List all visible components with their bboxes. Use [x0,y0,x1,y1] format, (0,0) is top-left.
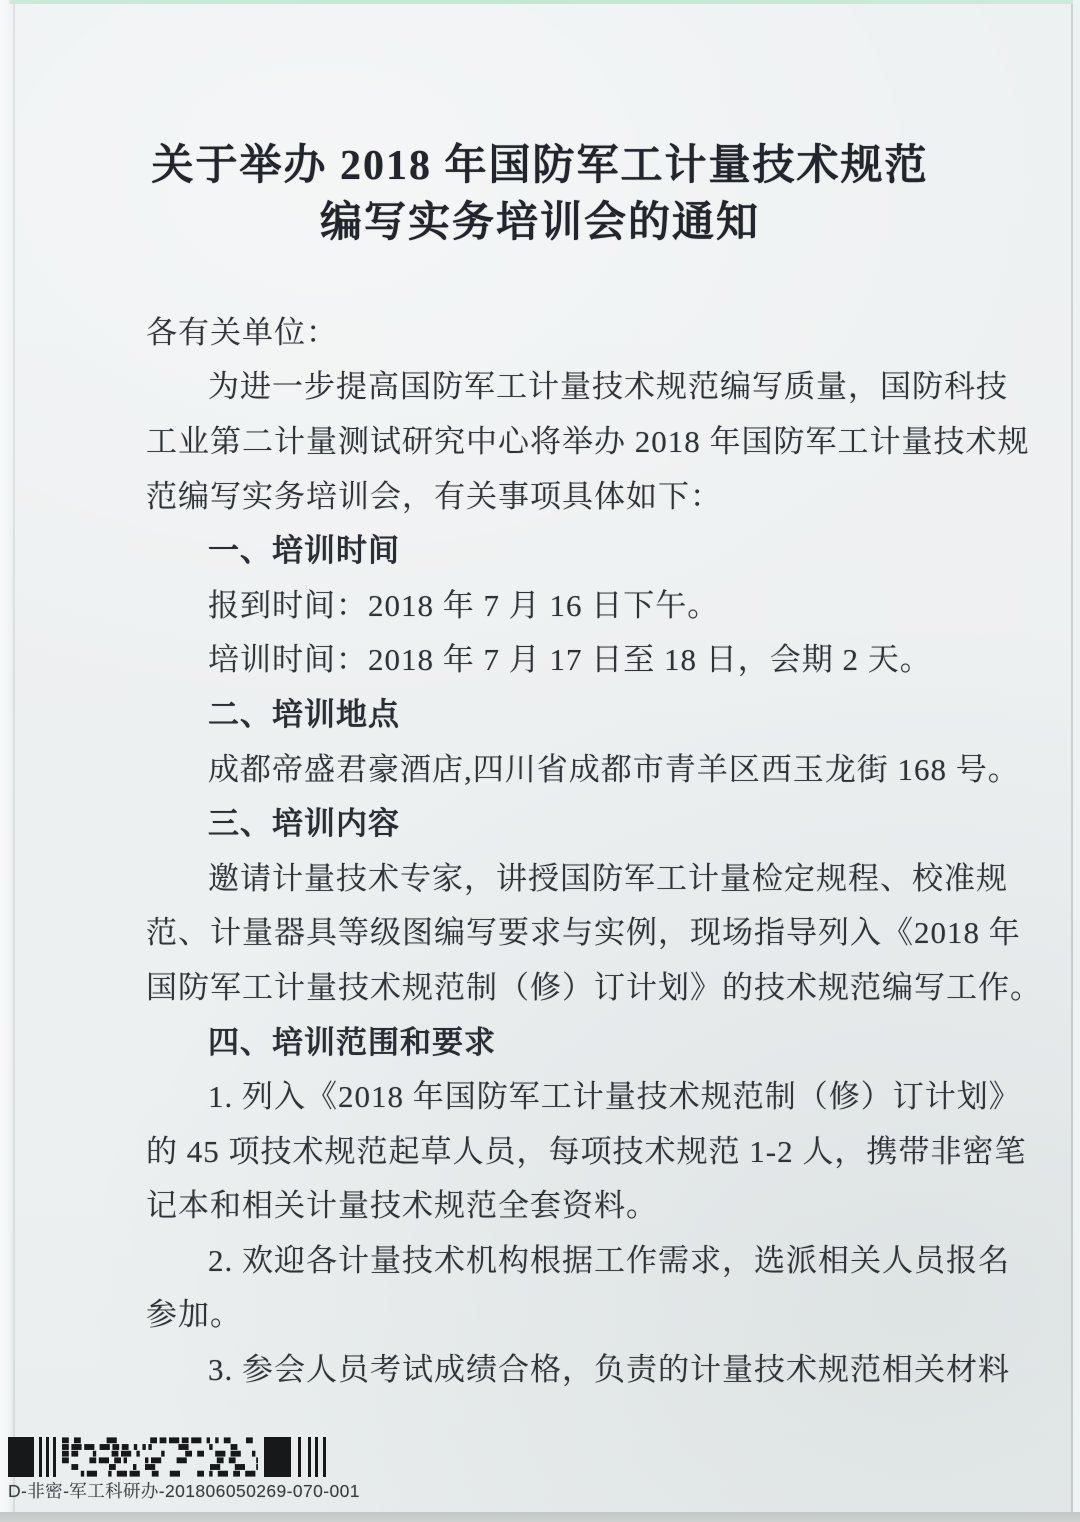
body-text-line: 范编写实务培训会，有关事项具体如下： [146,466,946,521]
section-heading-line: 一、培训时间 [146,520,946,575]
body-text-line: 2. 欢迎各计量技术机构根据工作需求，选派相关人员报名 [146,1230,946,1285]
body-text-line: 成都帝盛君豪酒店,四川省成都市青羊区西玉龙街 168 号。 [146,739,946,794]
barcode-label: D-非密-军工科研办-201806050269-070-001 [8,1478,428,1503]
section-heading-line: 二、培训地点 [146,684,946,739]
document-title-line-1: 关于举办 2018 年国防军工计量技术规范 [0,138,1080,195]
body-text-line: 邀请计量技术专家，讲授国防军工计量检定规程、校准规 [146,848,946,903]
body-text-line: 工业第二计量测试研究中心将举办 2018 年国防军工计量技术规 [146,411,946,466]
paper-bottom-edge-shadow [0,1512,1080,1522]
section-heading-line: 四、培训范围和要求 [146,1012,946,1067]
body-text-line: 的 45 项技术规范起草人员，每项技术规范 1-2 人，携带非密笔 [146,1121,946,1176]
document-control-footer: D-非密-军工科研办-201806050269-070-001 [8,1437,428,1503]
document-title: 关于举办 2018 年国防军工计量技术规范 编写实务培训会的通知 [0,138,1080,252]
scanned-notice-page: 关于举办 2018 年国防军工计量技术规范 编写实务培训会的通知 各有关单位：为… [0,0,1080,1522]
document-title-line-2: 编写实务培训会的通知 [0,195,1080,252]
body-text-line: 各有关单位： [146,302,946,357]
document-body: 各有关单位：为进一步提高国防军工计量技术规范编写质量，国防科技工业第二计量测试研… [146,302,946,1394]
body-text-line: 记本和相关计量技术规范全套资料。 [146,1176,946,1231]
body-text-line: 国防军工计量技术规范制（修）订计划》的技术规范编写工作。 [146,957,946,1012]
photo-top-edge-tint [0,0,1080,4]
body-text-line: 3. 参会人员考试成绩合格，负责的计量技术规范相关材料 [146,1339,946,1394]
2d-stacked-barcode [8,1437,338,1477]
body-text-line: 1. 列入《2018 年国防军工计量技术规范制（修）订计划》 [146,1066,946,1121]
body-text-line: 为进一步提高国防军工计量技术规范编写质量，国防科技 [146,357,946,412]
body-text-line: 参加。 [146,1285,946,1340]
body-text-line: 报到时间：2018 年 7 月 16 日下午。 [146,575,946,630]
body-text-line: 培训时间：2018 年 7 月 17 日至 18 日，会期 2 天。 [146,630,946,685]
body-text-line: 范、计量器具等级图编写要求与实例，现场指导列入《2018 年 [146,903,946,958]
section-heading-line: 三、培训内容 [146,793,946,848]
